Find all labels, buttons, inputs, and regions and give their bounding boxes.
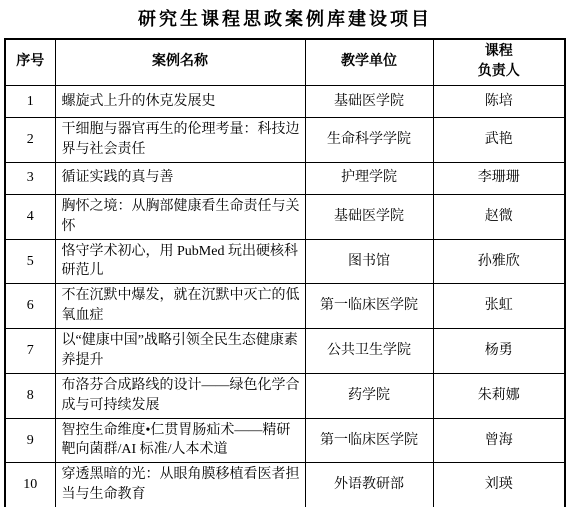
header-case-name: 案例名称 xyxy=(55,39,305,86)
course-leader: 张虹 xyxy=(433,284,565,329)
table-row: 8 布洛芬合成路线的设计——绿色化学合成与可持续发展 药学院 朱莉娜 xyxy=(5,373,565,418)
teaching-unit: 第一临床医学院 xyxy=(305,284,433,329)
document-page: 研究生课程思政案例库建设项目 序号 案例名称 教学单位 课程 负责人 1 螺旋式… xyxy=(0,0,570,507)
table-row: 7 以“健康中国”战略引领全民生态健康素养提升 公共卫生学院 杨勇 xyxy=(5,329,565,374)
projects-table: 序号 案例名称 教学单位 课程 负责人 1 螺旋式上升的休克发展史 基础医学院 … xyxy=(4,38,566,507)
teaching-unit: 护理学院 xyxy=(305,162,433,194)
table-row: 10 穿透黑暗的光：从眼角膜移植看医者担当与生命教育 外语教研部 刘瑛 xyxy=(5,463,565,507)
teaching-unit: 药学院 xyxy=(305,373,433,418)
header-course-leader: 课程 负责人 xyxy=(433,39,565,86)
teaching-unit: 公共卫生学院 xyxy=(305,329,433,374)
course-leader: 孙雅欣 xyxy=(433,239,565,284)
course-leader: 陈培 xyxy=(433,86,565,118)
course-leader: 赵微 xyxy=(433,194,565,239)
case-name: 胸怀之境：从胸部健康看生命责任与关怀 xyxy=(55,194,305,239)
case-name: 穿透黑暗的光：从眼角膜移植看医者担当与生命教育 xyxy=(55,463,305,507)
teaching-unit: 基础医学院 xyxy=(305,194,433,239)
teaching-unit: 基础医学院 xyxy=(305,86,433,118)
course-leader: 杨勇 xyxy=(433,329,565,374)
case-name: 干细胞与器官再生的伦理考量：科技边界与社会责任 xyxy=(55,118,305,163)
teaching-unit: 外语教研部 xyxy=(305,463,433,507)
case-name: 恪守学术初心，用 PubMed 玩出硬核科研范儿 xyxy=(55,239,305,284)
table-row: 9 智控生命维度•仁贯胃肠疝术——精研靶向菌群/AI 标准/人本术道 第一临床医… xyxy=(5,418,565,463)
table-row: 1 螺旋式上升的休克发展史 基础医学院 陈培 xyxy=(5,86,565,118)
serial-number: 10 xyxy=(5,463,55,507)
course-leader: 朱莉娜 xyxy=(433,373,565,418)
course-leader: 刘瑛 xyxy=(433,463,565,507)
serial-number: 6 xyxy=(5,284,55,329)
header-teaching-unit: 教学单位 xyxy=(305,39,433,86)
serial-number: 9 xyxy=(5,418,55,463)
serial-number: 7 xyxy=(5,329,55,374)
table-row: 6 不在沉默中爆发，就在沉默中灭亡的低氧血症 第一临床医学院 张虹 xyxy=(5,284,565,329)
table-row: 5 恪守学术初心，用 PubMed 玩出硬核科研范儿 图书馆 孙雅欣 xyxy=(5,239,565,284)
table-row: 2 干细胞与器官再生的伦理考量：科技边界与社会责任 生命科学学院 武艳 xyxy=(5,118,565,163)
case-name: 不在沉默中爆发，就在沉默中灭亡的低氧血症 xyxy=(55,284,305,329)
teaching-unit: 生命科学学院 xyxy=(305,118,433,163)
course-leader: 曾海 xyxy=(433,418,565,463)
page-title: 研究生课程思政案例库建设项目 xyxy=(0,9,570,31)
serial-number: 5 xyxy=(5,239,55,284)
serial-number: 8 xyxy=(5,373,55,418)
serial-number: 1 xyxy=(5,86,55,118)
table-header-row: 序号 案例名称 教学单位 课程 负责人 xyxy=(5,39,565,86)
case-name: 循证实践的真与善 xyxy=(55,162,305,194)
course-leader: 李珊珊 xyxy=(433,162,565,194)
serial-number: 3 xyxy=(5,162,55,194)
case-name: 智控生命维度•仁贯胃肠疝术——精研靶向菌群/AI 标准/人本术道 xyxy=(55,418,305,463)
case-name: 布洛芬合成路线的设计——绿色化学合成与可持续发展 xyxy=(55,373,305,418)
teaching-unit: 第一临床医学院 xyxy=(305,418,433,463)
serial-number: 4 xyxy=(5,194,55,239)
header-serial-number: 序号 xyxy=(5,39,55,86)
course-leader: 武艳 xyxy=(433,118,565,163)
serial-number: 2 xyxy=(5,118,55,163)
table-row: 4 胸怀之境：从胸部健康看生命责任与关怀 基础医学院 赵微 xyxy=(5,194,565,239)
case-name: 螺旋式上升的休克发展史 xyxy=(55,86,305,118)
case-name: 以“健康中国”战略引领全民生态健康素养提升 xyxy=(55,329,305,374)
teaching-unit: 图书馆 xyxy=(305,239,433,284)
table-row: 3 循证实践的真与善 护理学院 李珊珊 xyxy=(5,162,565,194)
